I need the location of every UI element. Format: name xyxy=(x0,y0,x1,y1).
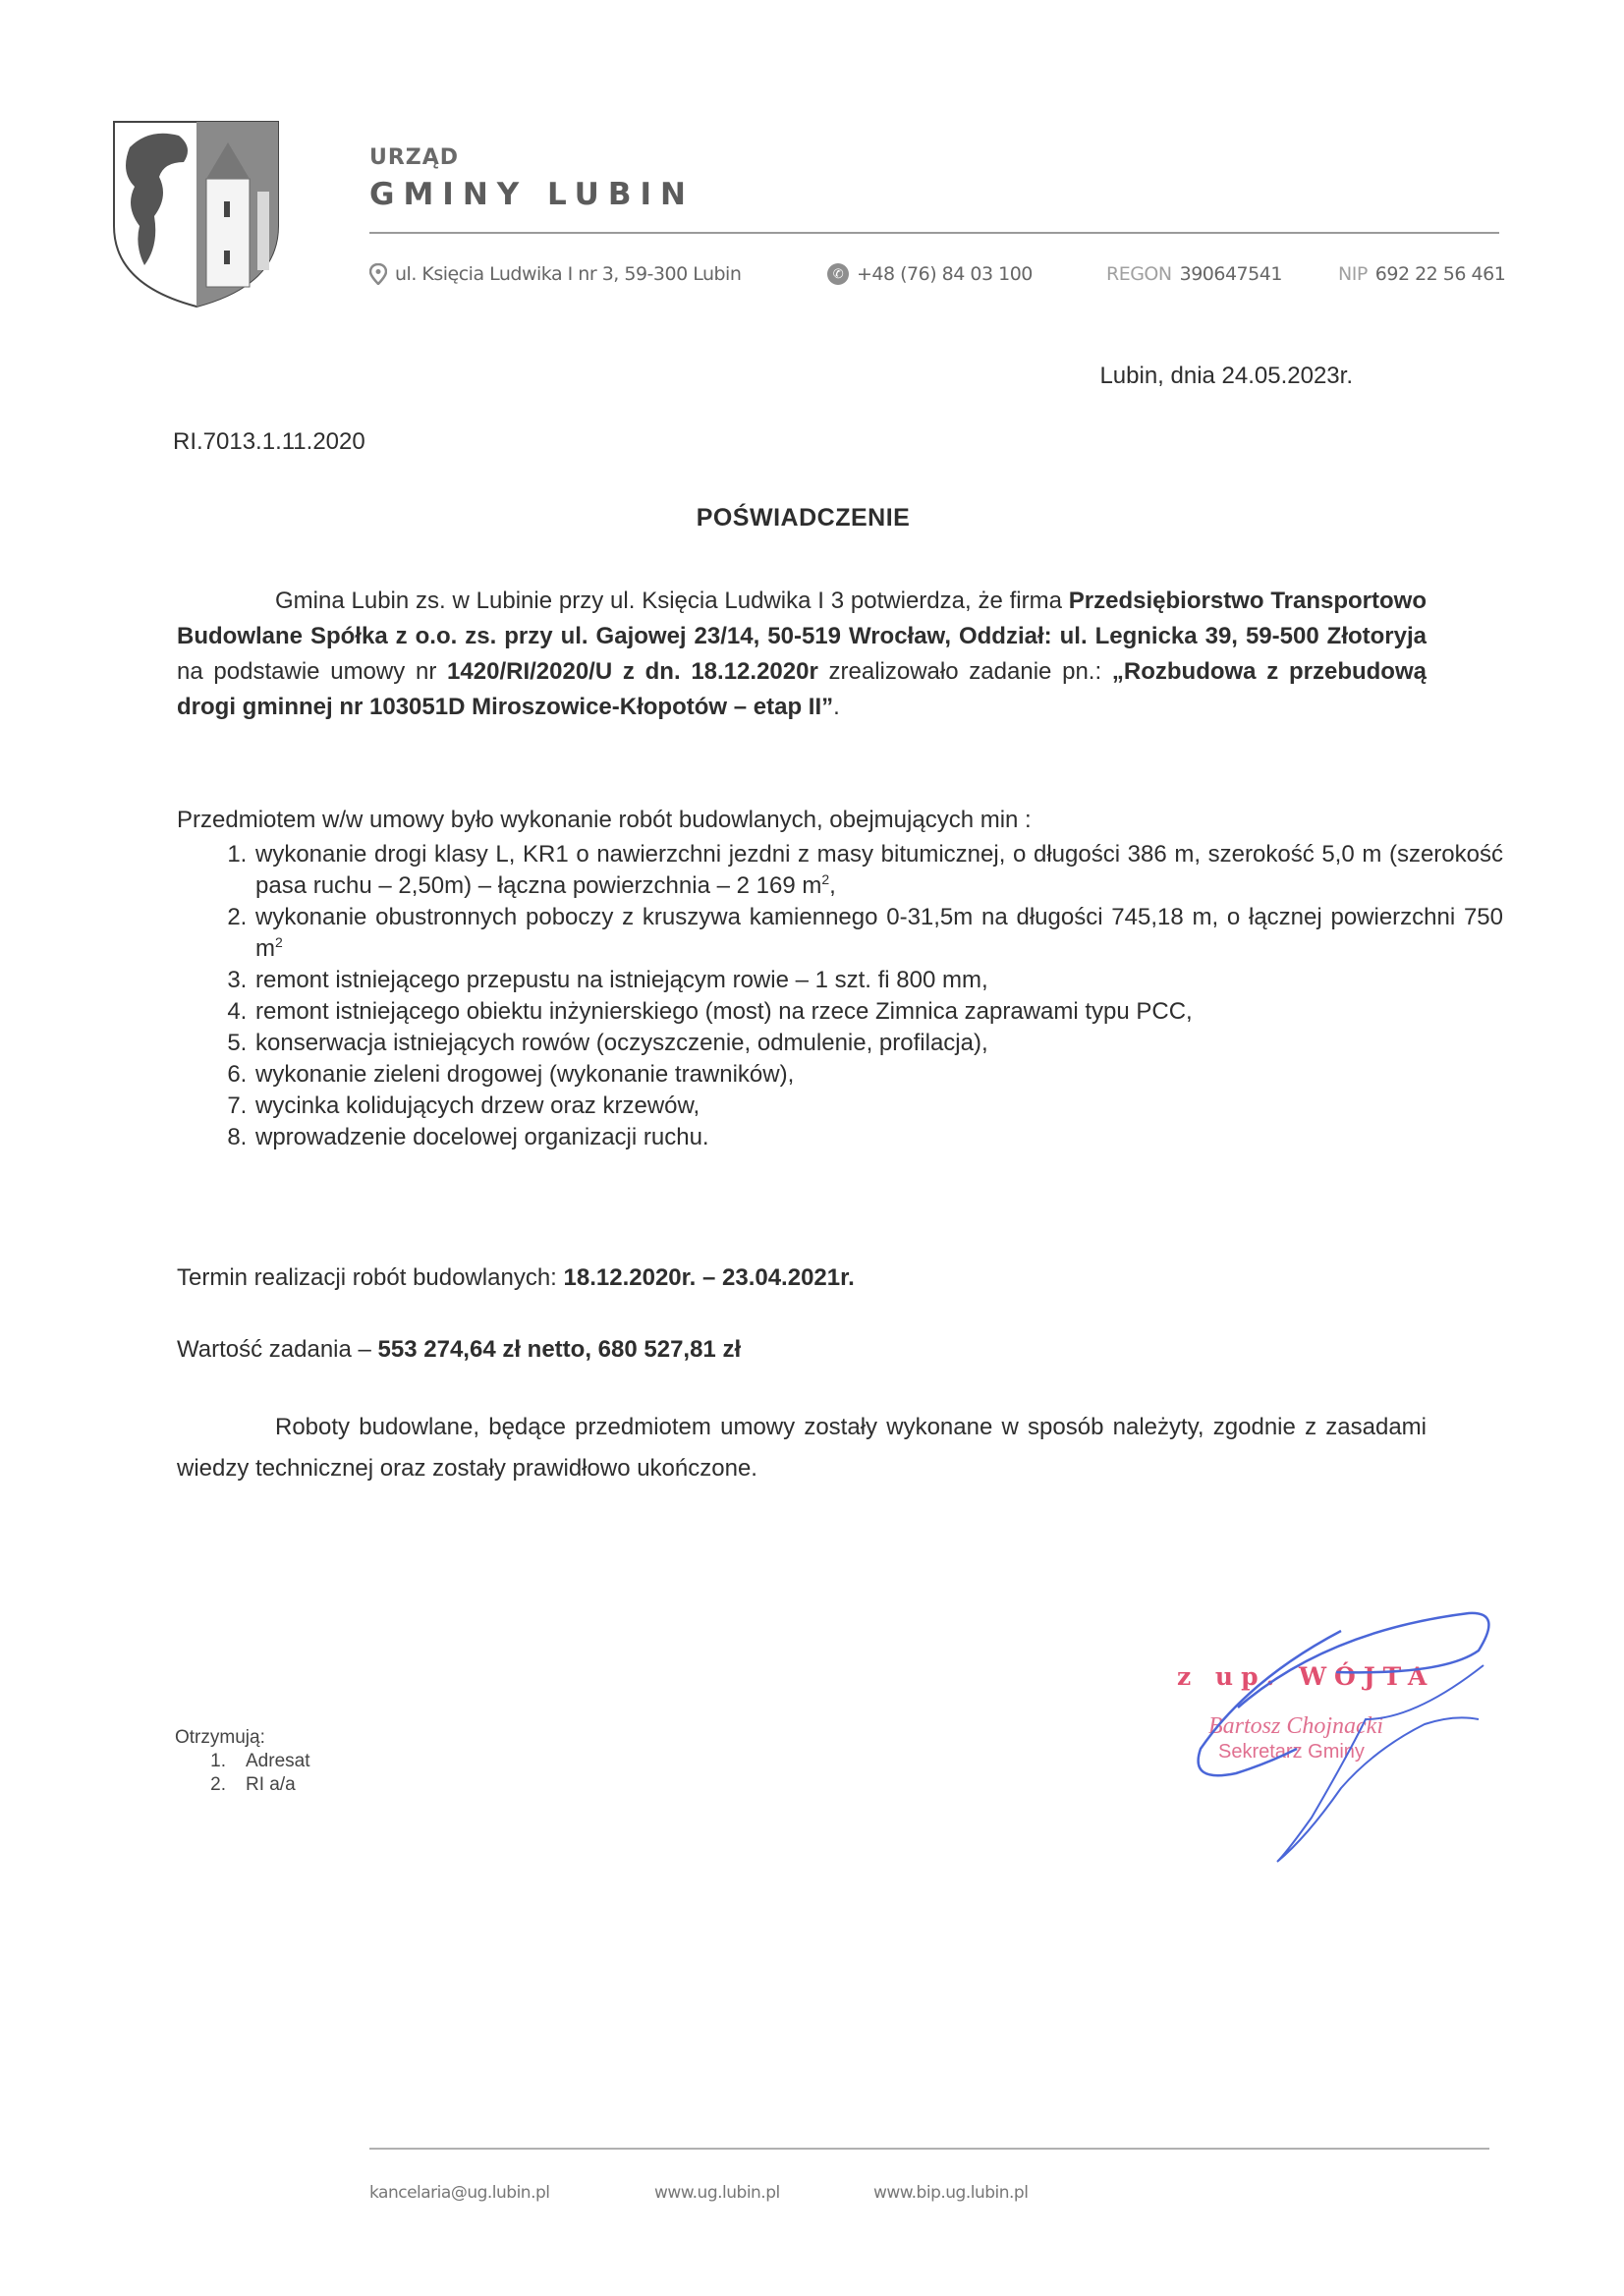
list-item: wykonanie zieleni drogowej (wykonanie tr… xyxy=(253,1059,1503,1091)
para1-text3: zrealizowało zadanie pn.: xyxy=(818,658,1112,685)
nip-label: NIP xyxy=(1338,263,1368,285)
task-value: Wartość zadania – 553 274,64 zł netto, 6… xyxy=(177,1333,741,1367)
location-pin-icon xyxy=(369,263,387,285)
address-text: ul. Księcia Ludwika I nr 3, 59-300 Lubin xyxy=(395,263,741,285)
list-item: wykonanie obustronnych poboczy z kruszyw… xyxy=(253,902,1503,965)
date-line: Lubin, dnia 24.05.2023r. xyxy=(1099,360,1353,393)
task-value-amount: 553 274,64 zł netto, 680 527,81 zł xyxy=(378,1336,742,1363)
para1-text1: Gmina Lubin zs. w Lubinie przy ul. Księc… xyxy=(275,588,1069,614)
document-title: POŚWIADCZENIE xyxy=(0,501,1615,534)
footer-email[interactable]: kancelaria@ug.lubin.pl xyxy=(369,2183,550,2203)
recipients-block: Otrzymują: 1.Adresat 2.RI a/a xyxy=(175,1726,309,1797)
recipient-item: 2.RI a/a xyxy=(175,1773,309,1797)
footer-website[interactable]: www.ug.lubin.pl xyxy=(654,2183,780,2203)
completion-period: Termin realizacji robót budowlanych: 18.… xyxy=(177,1261,855,1295)
certification-paragraph: Gmina Lubin zs. w Lubinie przy ul. Księc… xyxy=(177,584,1427,725)
letterhead-line1: URZĄD xyxy=(369,145,459,170)
contract-number: 1420/RI/2020/U z dn. 18.12.2020r xyxy=(447,658,818,685)
reference-number: RI.7013.1.11.2020 xyxy=(173,425,365,459)
recipients-label: Otrzymują: xyxy=(175,1726,309,1750)
contact-phone: ✆ +48 (76) 84 03 100 xyxy=(827,263,1033,285)
contact-regon: REGON 390647541 xyxy=(1106,263,1282,285)
footer-divider xyxy=(369,2148,1489,2150)
works-list: wykonanie drogi klasy L, KR1 o nawierzch… xyxy=(177,839,1503,1153)
completion-dates: 18.12.2020r. – 23.04.2021r. xyxy=(564,1264,855,1291)
header-divider xyxy=(369,232,1499,234)
footer-bip-website[interactable]: www.bip.ug.lubin.pl xyxy=(873,2183,1028,2203)
phone-text: +48 (76) 84 03 100 xyxy=(857,263,1033,285)
para1-text4: . xyxy=(833,694,840,720)
coat-of-arms-icon xyxy=(110,118,282,309)
list-item: remont istniejącego obiektu inżynierskie… xyxy=(253,996,1503,1028)
phone-icon: ✆ xyxy=(827,263,849,285)
works-intro: Przedmiotem w/w umowy było wykonanie rob… xyxy=(177,804,1032,837)
list-item: wycinka kolidujących drzew oraz krzewów, xyxy=(253,1091,1503,1122)
regon-value: 390647541 xyxy=(1180,263,1282,285)
signature-stamp: z up. WÓJTA Bartosz Chojnacki Sekretarz … xyxy=(1130,1611,1523,1906)
list-item: wykonanie drogi klasy L, KR1 o nawierzch… xyxy=(253,839,1503,902)
letterhead-line2: GMINY LUBIN xyxy=(369,177,695,212)
handwritten-signature-icon xyxy=(1130,1611,1523,1906)
para1-text2: na podstawie umowy nr xyxy=(177,658,447,685)
closing-paragraph: Roboty budowlane, będące przedmiotem umo… xyxy=(177,1407,1427,1489)
list-item: konserwacja istniejących rowów (oczyszcz… xyxy=(253,1028,1503,1059)
list-item: remont istniejącego przepustu na istniej… xyxy=(253,965,1503,996)
recipient-item: 1.Adresat xyxy=(175,1750,309,1773)
regon-label: REGON xyxy=(1106,263,1172,285)
list-item: wprowadzenie docelowej organizacji ruchu… xyxy=(253,1122,1503,1153)
contact-address: ul. Księcia Ludwika I nr 3, 59-300 Lubin xyxy=(369,263,741,285)
nip-value: 692 22 56 461 xyxy=(1375,263,1506,285)
contact-nip: NIP 692 22 56 461 xyxy=(1338,263,1505,285)
